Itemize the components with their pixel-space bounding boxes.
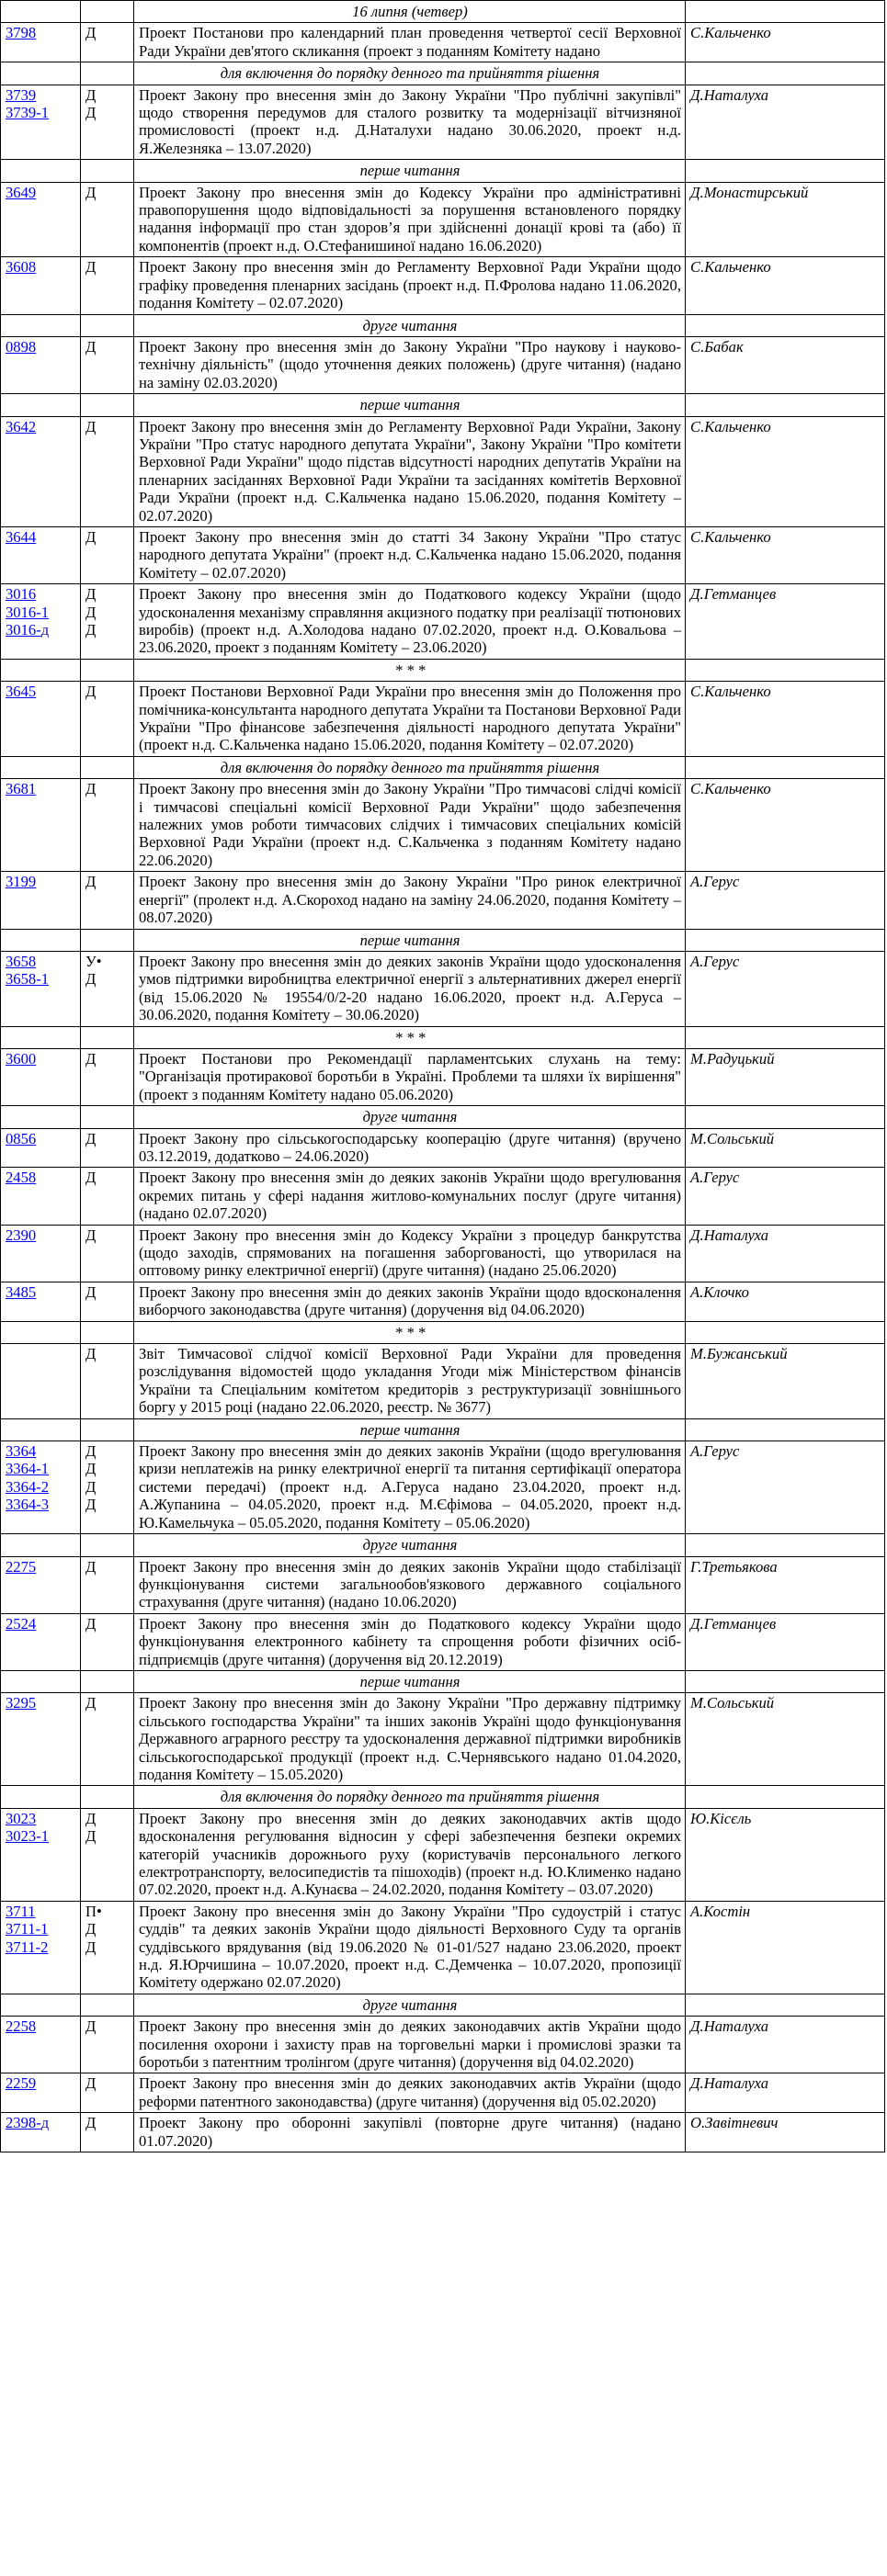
bill-link[interactable]: 3364-2 xyxy=(6,1478,76,1496)
bill-link[interactable]: 3681 xyxy=(6,780,76,797)
bill-link[interactable]: 2458 xyxy=(6,1169,76,1186)
agenda-item-row: 2458 Д Проект Закону про внесення змін д… xyxy=(1,1168,885,1225)
bill-mark: Д xyxy=(85,1478,130,1496)
bill-mark: Д xyxy=(85,24,130,41)
section-title: для включення до порядку денного та прий… xyxy=(134,756,686,778)
bill-mark-cell: Д xyxy=(81,1556,134,1613)
bill-mark-cell: Д xyxy=(81,1225,134,1282)
responsible-person: Д.Наталуха xyxy=(686,2017,885,2073)
bill-description: Проект Постанови Верховної Ради України … xyxy=(134,682,686,757)
section-num-cell xyxy=(1,160,81,182)
bill-link[interactable]: 3658 xyxy=(6,953,76,970)
bill-mark-cell: Д xyxy=(81,23,134,62)
section-title: * * * xyxy=(134,1026,686,1048)
section-mark-cell xyxy=(81,1,134,23)
bill-mark: Д xyxy=(85,1345,130,1362)
section-resp-cell xyxy=(686,1670,885,1692)
agenda-table: 16 липня (четвер) 3798 Д Проект Постанов… xyxy=(0,0,885,2152)
bill-mark: Д xyxy=(85,1920,130,1938)
bill-link[interactable]: 0898 xyxy=(6,338,76,356)
bill-mark: Д xyxy=(85,1130,130,1147)
bill-mark-cell: ДДДД xyxy=(81,1441,134,1534)
bill-description: Проект Закону про сільськогосподарську к… xyxy=(134,1128,686,1168)
bill-link[interactable]: 3023 xyxy=(6,1810,76,1827)
bill-description: Проект Закону про внесення змін до деяки… xyxy=(134,1808,686,1901)
section-title: для включення до порядку денного та прий… xyxy=(134,62,686,85)
agenda-item-row: 2275 Д Проект Закону про внесення змін д… xyxy=(1,1556,885,1613)
section-num-cell xyxy=(1,756,81,778)
bill-number-cell: 2258 xyxy=(1,2017,81,2073)
bill-mark: Д xyxy=(85,1938,130,1956)
responsible-person: Г.Третьякова xyxy=(686,1556,885,1613)
agenda-item-row: 3295 Д Проект Закону про внесення змін д… xyxy=(1,1693,885,1786)
bill-mark: Д xyxy=(85,184,130,201)
bill-mark: Д xyxy=(85,104,130,121)
section-row: перше читання xyxy=(1,160,885,182)
responsible-person: М.Сольський xyxy=(686,1693,885,1786)
bill-mark: Д xyxy=(85,1460,130,1477)
bill-mark: Д xyxy=(85,86,130,104)
bill-link-suffix: д xyxy=(41,2114,49,2131)
bill-mark-cell: Д xyxy=(81,1344,134,1419)
bill-description: Звіт Тимчасової слідчої комісії Верховно… xyxy=(134,1344,686,1419)
bill-mark: Д xyxy=(85,2074,130,2092)
bill-link[interactable]: 2259 xyxy=(6,2074,76,2092)
bill-number-cell: 36583658-1 xyxy=(1,951,81,1026)
section-row: перше читання xyxy=(1,394,885,416)
section-row: друге читання xyxy=(1,1534,885,1556)
bill-number-cell: 3644 xyxy=(1,526,81,583)
section-row: для включення до порядку денного та прий… xyxy=(1,756,885,778)
bill-description: Проект Закону про внесення змін до Регла… xyxy=(134,416,686,526)
bill-mark-cell: Д xyxy=(81,682,134,757)
bill-number-cell: 37113711-13711-2 xyxy=(1,1901,81,1994)
bill-mark: Д xyxy=(85,970,130,988)
bill-description: Проект Закону про внесення змін до Закон… xyxy=(134,872,686,929)
bill-link[interactable]: 2258 xyxy=(6,2017,76,2035)
bill-number-cell: 2259 xyxy=(1,2073,81,2113)
section-resp-cell xyxy=(686,160,885,182)
bill-number-cell: 0856 xyxy=(1,1128,81,1168)
bill-description: Проект Закону про внесення змін до Закон… xyxy=(134,1693,686,1786)
bill-number-cell: 3645 xyxy=(1,682,81,757)
bill-mark-cell: Д xyxy=(81,2017,134,2073)
section-mark-cell xyxy=(81,1026,134,1048)
bill-mark-cell: Д xyxy=(81,1128,134,1168)
agenda-item-row: 37393739-1 ДД Проект Закону про внесення… xyxy=(1,85,885,160)
bill-mark: Д xyxy=(85,2114,130,2131)
section-row: * * * xyxy=(1,1026,885,1048)
agenda-item-row: 37113711-13711-2 П•ДД Проект Закону про … xyxy=(1,1901,885,1994)
section-resp-cell xyxy=(686,659,885,681)
bill-mark: Д xyxy=(85,2017,130,2035)
bill-mark-cell: Д xyxy=(81,2113,134,2152)
bill-description: Проект Закону про внесення змін до Подат… xyxy=(134,584,686,660)
bill-mark: Д xyxy=(85,1558,130,1576)
bill-mark-cell: ДДД xyxy=(81,584,134,660)
bill-number-cell: 2524 xyxy=(1,1613,81,1670)
section-mark-cell xyxy=(81,929,134,951)
bill-mark: Д xyxy=(85,1050,130,1068)
section-row: для включення до порядку денного та прий… xyxy=(1,1786,885,1808)
responsible-person: О.Завітневич xyxy=(686,2113,885,2152)
bill-description: Проект Закону про внесення змін до деяки… xyxy=(134,1282,686,1321)
bill-link[interactable]: 3644 xyxy=(6,528,76,546)
bill-mark: Д xyxy=(85,1810,130,1827)
bill-description: Проект Закону про внесення змін до Кодек… xyxy=(134,182,686,257)
bill-mark: Д xyxy=(85,1169,130,1186)
agenda-item-row: 2524 Д Проект Закону про внесення змін д… xyxy=(1,1613,885,1670)
bill-link[interactable]: 3739-1 xyxy=(6,104,76,121)
bill-mark-cell: Д xyxy=(81,182,134,257)
bill-description: Проект Закону про внесення змін до Закон… xyxy=(134,336,686,393)
agenda-item-row: 3798 Д Проект Постанови про календарний … xyxy=(1,23,885,62)
bill-mark-cell: Д xyxy=(81,872,134,929)
bill-mark-cell: ДД xyxy=(81,1808,134,1901)
responsible-person: А.Клочко xyxy=(686,1282,885,1321)
agenda-item-row: 2259 Д Проект Закону про внесення змін д… xyxy=(1,2073,885,2113)
section-row: для включення до порядку денного та прий… xyxy=(1,62,885,85)
bill-link[interactable]: 3798 xyxy=(6,24,76,41)
responsible-person: А.Герус xyxy=(686,872,885,929)
agenda-item-row: 3649 Д Проект Закону про внесення змін д… xyxy=(1,182,885,257)
responsible-person: С.Кальченко xyxy=(686,682,885,757)
section-mark-cell xyxy=(81,756,134,778)
section-resp-cell xyxy=(686,1994,885,2016)
responsible-person: Д.Наталуха xyxy=(686,1225,885,1282)
bill-link[interactable]: 2275 xyxy=(6,1558,76,1576)
bill-description: Проект Закону про внесення змін до Закон… xyxy=(134,779,686,872)
responsible-person: С.Кальченко xyxy=(686,526,885,583)
section-title: перше читання xyxy=(134,929,686,951)
bill-link[interactable]: 3658-1 xyxy=(6,970,76,988)
bill-mark: Д xyxy=(85,780,130,797)
bill-description: Проект Закону про оборонні закупівлі (по… xyxy=(134,2113,686,2152)
responsible-person: А.Герус xyxy=(686,1441,885,1534)
bill-link[interactable]: 3649 xyxy=(6,184,76,201)
agenda-item-row: 0898 Д Проект Закону про внесення змін д… xyxy=(1,336,885,393)
section-num-cell xyxy=(1,659,81,681)
bill-link[interactable]: 3600 xyxy=(6,1050,76,1068)
agenda-item-row: 3199 Д Проект Закону про внесення змін д… xyxy=(1,872,885,929)
section-num-cell xyxy=(1,1786,81,1808)
bill-number-cell: 33643364-13364-23364-3 xyxy=(1,1441,81,1534)
section-resp-cell xyxy=(686,1,885,23)
agenda-item-row: 3608 Д Проект Закону про внесення змін д… xyxy=(1,257,885,314)
responsible-person: А.Герус xyxy=(686,951,885,1026)
section-num-cell xyxy=(1,314,81,336)
bill-number-cell: 3608 xyxy=(1,257,81,314)
section-row: друге читання xyxy=(1,1994,885,2016)
bill-mark: Д xyxy=(85,1694,130,1712)
bill-number-cell: 2275 xyxy=(1,1556,81,1613)
bill-number-cell: 3199 xyxy=(1,872,81,929)
bill-link[interactable]: 3016-1 xyxy=(6,604,76,621)
bill-mark: Д xyxy=(85,1827,130,1845)
bill-link[interactable]: 3016-д xyxy=(6,621,76,638)
section-mark-cell xyxy=(81,1418,134,1441)
responsible-person: Д.Наталуха xyxy=(686,85,885,160)
responsible-person: Д.Гетманцев xyxy=(686,584,885,660)
section-num-cell xyxy=(1,1418,81,1441)
bill-link[interactable]: 3711 xyxy=(6,1903,76,1920)
bill-mark-cell: Д xyxy=(81,779,134,872)
section-num-cell xyxy=(1,1106,81,1128)
section-title: * * * xyxy=(134,1321,686,1343)
agenda-item-row: 36583658-1 У•Д Проект Закону про внесенн… xyxy=(1,951,885,1026)
section-title: друге читання xyxy=(134,1106,686,1128)
bill-number-cell: 3295 xyxy=(1,1693,81,1786)
bill-number-cell: 30163016-13016-д xyxy=(1,584,81,660)
responsible-person: С.Бабак xyxy=(686,336,885,393)
bill-mark-cell: ДД xyxy=(81,85,134,160)
agenda-item-row: 3600 Д Проект Постанови про Рекомендації… xyxy=(1,1048,885,1105)
responsible-person: С.Кальченко xyxy=(686,416,885,526)
responsible-person: Д.Гетманцев xyxy=(686,1613,885,1670)
section-resp-cell xyxy=(686,756,885,778)
bill-description: Проект Закону про внесення змін до деяки… xyxy=(134,951,686,1026)
section-mark-cell xyxy=(81,1670,134,1692)
bill-number-cell: 0898 xyxy=(1,336,81,393)
bill-link[interactable]: 3711-1 xyxy=(6,1920,76,1938)
section-resp-cell xyxy=(686,394,885,416)
section-row: 16 липня (четвер) xyxy=(1,1,885,23)
bill-mark: П• xyxy=(85,1903,130,1920)
agenda-item-row: 3644 Д Проект Закону про внесення змін д… xyxy=(1,526,885,583)
bill-mark-cell: Д xyxy=(81,2073,134,2113)
bill-mark-cell: Д xyxy=(81,1282,134,1321)
section-resp-cell xyxy=(686,1026,885,1048)
bill-mark-cell: Д xyxy=(81,1048,134,1105)
agenda-item-row: 2258 Д Проект Закону про внесення змін д… xyxy=(1,2017,885,2073)
section-resp-cell xyxy=(686,1786,885,1808)
bill-number-cell: 2398-д xyxy=(1,2113,81,2152)
section-resp-cell xyxy=(686,314,885,336)
section-title: друге читання xyxy=(134,314,686,336)
section-title: перше читання xyxy=(134,1670,686,1692)
bill-number-cell: 2458 xyxy=(1,1168,81,1225)
section-resp-cell xyxy=(686,62,885,85)
bill-description: Проект Постанови про Рекомендації парлам… xyxy=(134,1048,686,1105)
bill-link[interactable]: 3645 xyxy=(6,683,76,700)
bill-description: Проект Закону про внесення змін до деяки… xyxy=(134,1441,686,1534)
bill-description: Проект Закону про внесення змін до статт… xyxy=(134,526,686,583)
section-resp-cell xyxy=(686,929,885,951)
section-num-cell xyxy=(1,1670,81,1692)
bill-description: Проект Закону про внесення змін до Закон… xyxy=(134,1901,686,1994)
responsible-person: С.Кальченко xyxy=(686,23,885,62)
agenda-item-row: 30233023-1 ДД Проект Закону про внесення… xyxy=(1,1808,885,1901)
section-title: перше читання xyxy=(134,1418,686,1441)
bill-mark: Д xyxy=(85,418,130,435)
agenda-item-row: 3645 Д Проект Постанови Верховної Ради У… xyxy=(1,682,885,757)
section-row: друге читання xyxy=(1,314,885,336)
agenda-item-row: 33643364-13364-23364-3 ДДДД Проект Закон… xyxy=(1,1441,885,1534)
section-row: * * * xyxy=(1,659,885,681)
section-title: перше читання xyxy=(134,160,686,182)
responsible-person: Ю.Кісєль xyxy=(686,1808,885,1901)
bill-link[interactable]: 3016 xyxy=(6,585,76,603)
section-mark-cell xyxy=(81,314,134,336)
section-title: друге читання xyxy=(134,1994,686,2016)
bill-link[interactable]: 3364 xyxy=(6,1442,76,1460)
agenda-item-row: 3642 Д Проект Закону про внесення змін д… xyxy=(1,416,885,526)
bill-mark-cell: Д xyxy=(81,336,134,393)
bill-mark-cell: Д xyxy=(81,257,134,314)
section-row: перше читання xyxy=(1,1670,885,1692)
responsible-person: М.Радуцький xyxy=(686,1048,885,1105)
bill-link[interactable]: 3739 xyxy=(6,86,76,104)
bill-mark: Д xyxy=(85,1496,130,1513)
bill-mark-cell: Д xyxy=(81,1168,134,1225)
bill-link[interactable]: 3364-3 xyxy=(6,1496,76,1513)
bill-link[interactable]: 3023-1 xyxy=(6,1827,76,1845)
bill-description: Проект Закону про внесення змін до деяки… xyxy=(134,1168,686,1225)
bill-number-cell: 3798 xyxy=(1,23,81,62)
bill-link[interactable]: 3199 xyxy=(6,873,76,890)
section-num-cell xyxy=(1,1321,81,1343)
section-mark-cell xyxy=(81,394,134,416)
bill-number-cell: 3649 xyxy=(1,182,81,257)
section-title: 16 липня (четвер) xyxy=(134,1,686,23)
bill-mark: У• xyxy=(85,953,130,970)
section-resp-cell xyxy=(686,1106,885,1128)
bill-mark: Д xyxy=(85,1615,130,1633)
bill-link-number: 2398- xyxy=(6,2114,41,2131)
section-num-cell xyxy=(1,394,81,416)
section-mark-cell xyxy=(81,1106,134,1128)
section-mark-cell xyxy=(81,1321,134,1343)
bill-number-cell: 3600 xyxy=(1,1048,81,1105)
bill-link[interactable]: 2524 xyxy=(6,1615,76,1633)
bill-link[interactable]: 0856 xyxy=(6,1130,76,1147)
bill-mark: Д xyxy=(85,1442,130,1460)
section-row: перше читання xyxy=(1,1418,885,1441)
responsible-person: Д.Монастирський xyxy=(686,182,885,257)
bill-link[interactable]: 2390 xyxy=(6,1226,76,1244)
bill-number-cell xyxy=(1,1344,81,1419)
bill-mark-cell: П•ДД xyxy=(81,1901,134,1994)
agenda-item-row: 2390 Д Проект Закону про внесення змін д… xyxy=(1,1225,885,1282)
section-mark-cell xyxy=(81,659,134,681)
responsible-person: С.Кальченко xyxy=(686,257,885,314)
bill-description: Проект Закону про внесення змін до Регла… xyxy=(134,257,686,314)
section-title: друге читання xyxy=(134,1534,686,1556)
section-row: друге читання xyxy=(1,1106,885,1128)
section-mark-cell xyxy=(81,1994,134,2016)
responsible-person: М.Бужанський xyxy=(686,1344,885,1419)
bill-mark: Д xyxy=(85,528,130,546)
bill-link-number: 3016- xyxy=(6,621,41,638)
bill-mark-cell: Д xyxy=(81,1613,134,1670)
section-title: для включення до порядку денного та прий… xyxy=(134,1786,686,1808)
bill-mark: Д xyxy=(85,1283,130,1301)
bill-number-cell: 30233023-1 xyxy=(1,1808,81,1901)
bill-number-cell: 2390 xyxy=(1,1225,81,1282)
agenda-item-row: 30163016-13016-д ДДД Проект Закону про в… xyxy=(1,584,885,660)
bill-description: Проект Закону про внесення змін до деяки… xyxy=(134,2073,686,2113)
responsible-person: С.Кальченко xyxy=(686,779,885,872)
bill-mark-cell: Д xyxy=(81,1693,134,1786)
bill-link[interactable]: 3608 xyxy=(6,258,76,276)
section-mark-cell xyxy=(81,1534,134,1556)
agenda-item-row: 0856 Д Проект Закону про сільськогоспода… xyxy=(1,1128,885,1168)
section-num-cell xyxy=(1,1,81,23)
section-num-cell xyxy=(1,929,81,951)
agenda-item-row: 3681 Д Проект Закону про внесення змін д… xyxy=(1,779,885,872)
bill-link[interactable]: 2398-д xyxy=(6,2114,76,2131)
bill-mark: Д xyxy=(85,1226,130,1244)
section-resp-cell xyxy=(686,1534,885,1556)
section-mark-cell xyxy=(81,1786,134,1808)
agenda-item-row: Д Звіт Тимчасової слідчої комісії Верхов… xyxy=(1,1344,885,1419)
section-num-cell xyxy=(1,1994,81,2016)
bill-description: Проект Закону про внесення змін до Закон… xyxy=(134,85,686,160)
bill-link[interactable]: 3485 xyxy=(6,1283,76,1301)
bill-number-cell: 3681 xyxy=(1,779,81,872)
bill-description: Проект Постанови про календарний план пр… xyxy=(134,23,686,62)
bill-description: Проект Закону про внесення змін до деяки… xyxy=(134,1556,686,1613)
bill-link[interactable]: 3642 xyxy=(6,418,76,435)
bill-description: Проект Закону про внесення змін до Подат… xyxy=(134,1613,686,1670)
section-num-cell xyxy=(1,62,81,85)
section-resp-cell xyxy=(686,1321,885,1343)
agenda-item-row: 3485 Д Проект Закону про внесення змін д… xyxy=(1,1282,885,1321)
bill-link[interactable]: 3711-2 xyxy=(6,1938,76,1956)
responsible-person: А.Костін xyxy=(686,1901,885,1994)
section-row: перше читання xyxy=(1,929,885,951)
section-title: * * * xyxy=(134,659,686,681)
section-num-cell xyxy=(1,1534,81,1556)
bill-mark: Д xyxy=(85,873,130,890)
bill-mark: Д xyxy=(85,258,130,276)
responsible-person: Д.Наталуха xyxy=(686,2073,885,2113)
responsible-person: А.Герус xyxy=(686,1168,885,1225)
section-resp-cell xyxy=(686,1418,885,1441)
bill-number-cell: 37393739-1 xyxy=(1,85,81,160)
agenda-item-row: 2398-д Д Проект Закону про оборонні заку… xyxy=(1,2113,885,2152)
bill-mark-cell: Д xyxy=(81,416,134,526)
bill-mark: Д xyxy=(85,683,130,700)
bill-number-cell: 3642 xyxy=(1,416,81,526)
section-mark-cell xyxy=(81,62,134,85)
bill-mark: Д xyxy=(85,621,130,638)
bill-number-cell: 3485 xyxy=(1,1282,81,1321)
section-num-cell xyxy=(1,1026,81,1048)
bill-mark: Д xyxy=(85,338,130,356)
bill-description: Проект Закону про внесення змін до деяки… xyxy=(134,2017,686,2073)
bill-mark-cell: У•Д xyxy=(81,951,134,1026)
bill-description: Проект Закону про внесення змін до Кодек… xyxy=(134,1225,686,1282)
section-mark-cell xyxy=(81,160,134,182)
section-row: * * * xyxy=(1,1321,885,1343)
section-title: перше читання xyxy=(134,394,686,416)
bill-mark-cell: Д xyxy=(81,526,134,583)
bill-link[interactable]: 3295 xyxy=(6,1694,76,1712)
responsible-person: М.Сольський xyxy=(686,1128,885,1168)
bill-link[interactable]: 3364-1 xyxy=(6,1460,76,1477)
agenda-body: 16 липня (четвер) 3798 Д Проект Постанов… xyxy=(1,1,885,2152)
bill-link-suffix: д xyxy=(41,621,49,638)
bill-mark: Д xyxy=(85,604,130,621)
bill-mark: Д xyxy=(85,585,130,603)
